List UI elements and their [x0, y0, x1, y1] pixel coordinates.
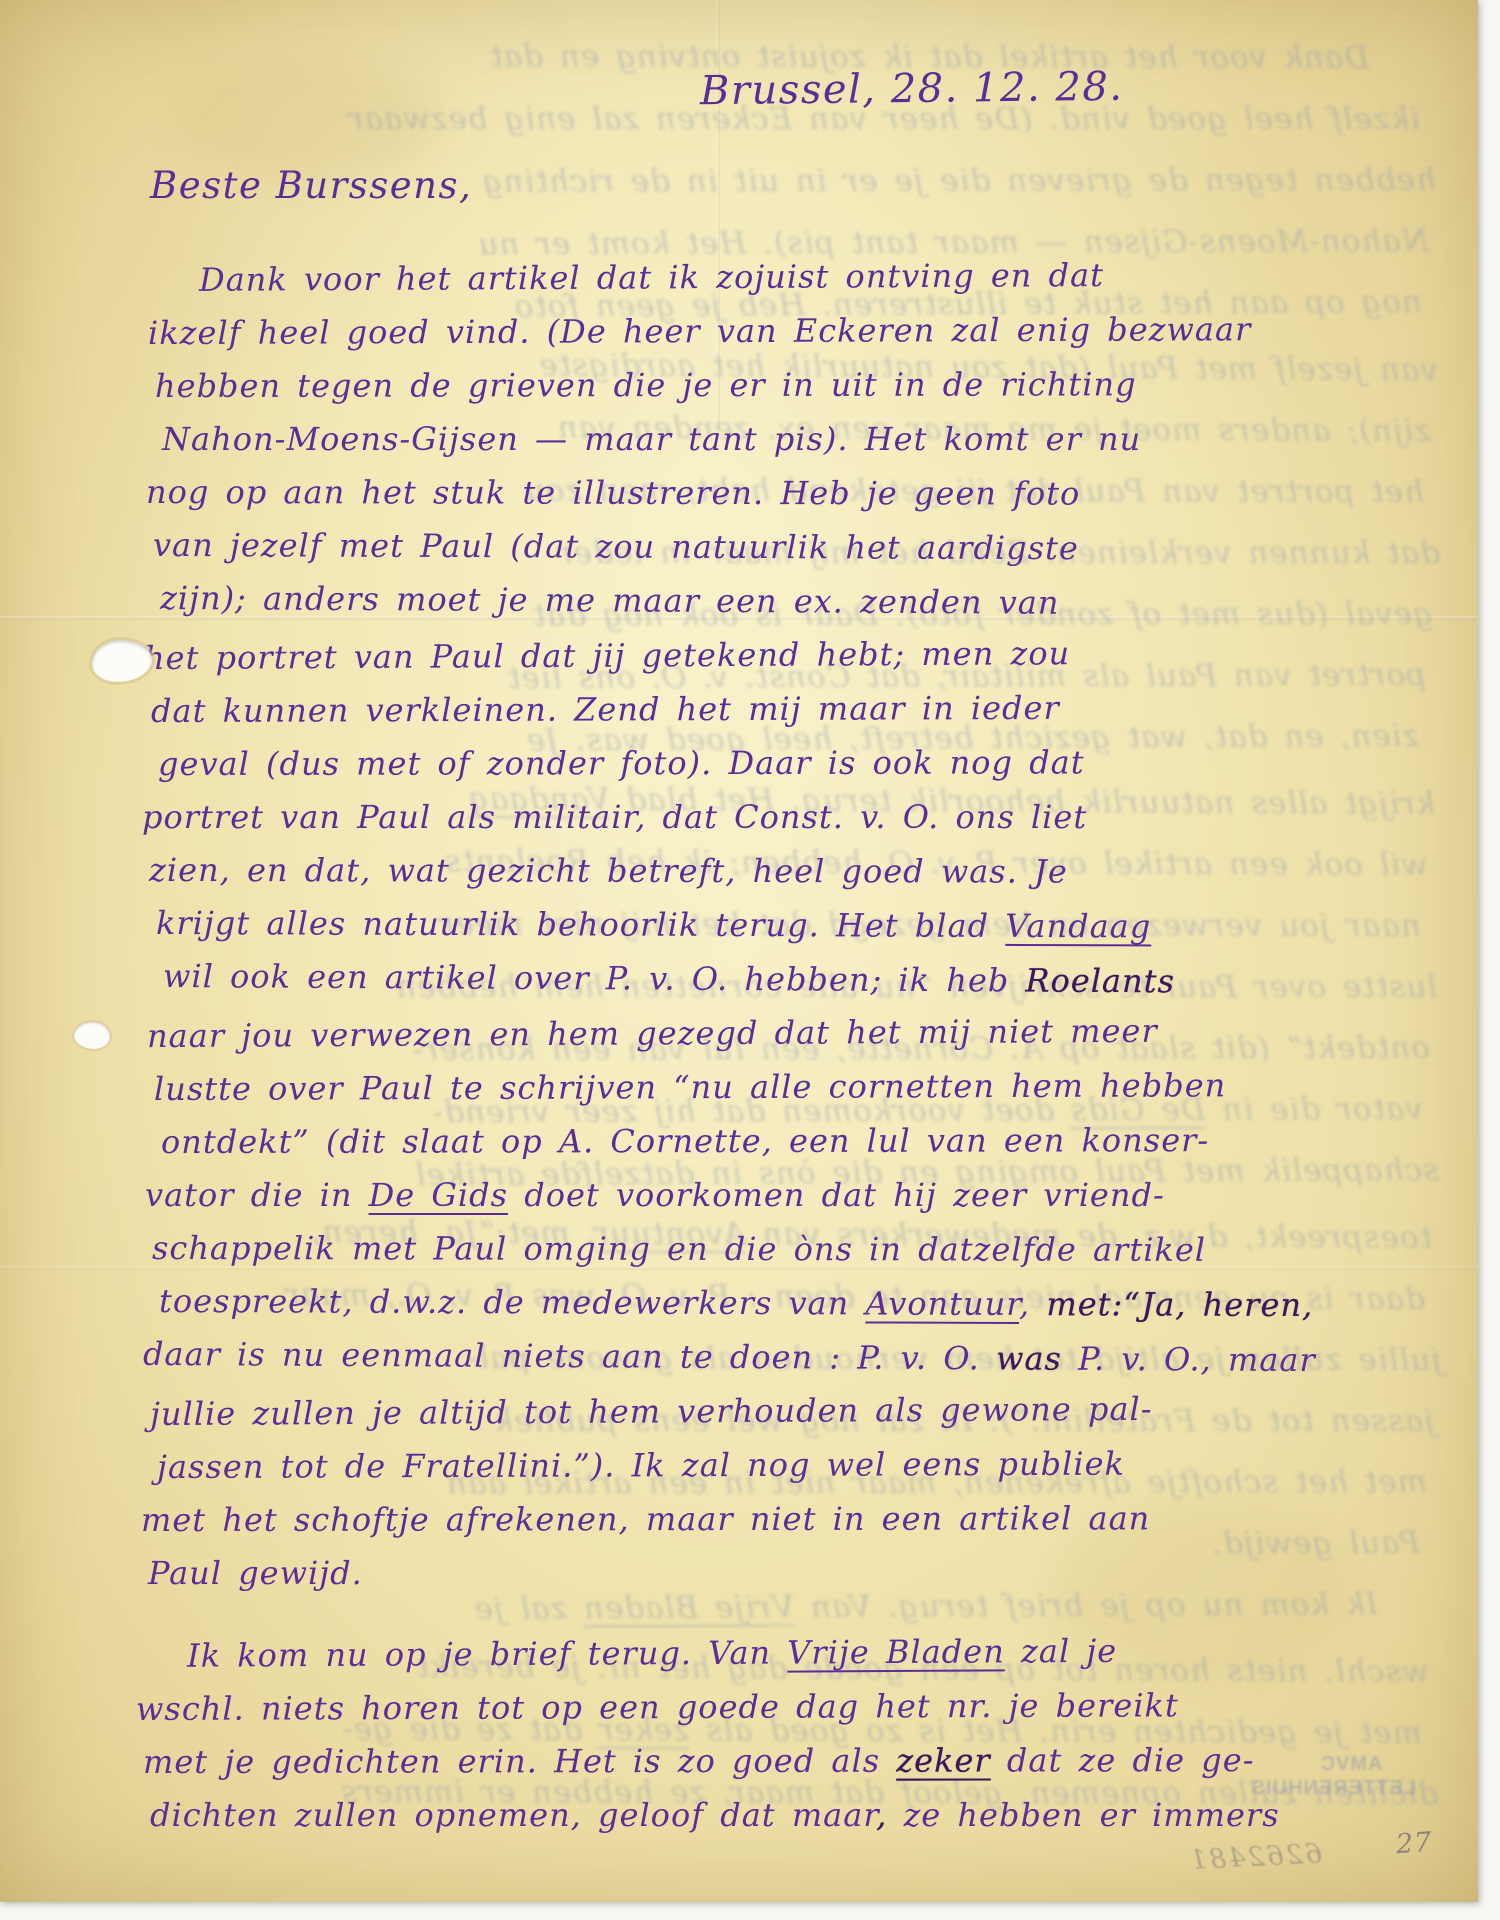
letter-line: geval (dus met of zonder foto). Daar is … — [158, 735, 1331, 791]
letter-line: van jezelf met Paul (dat zou natuurlik h… — [153, 518, 1326, 576]
letter-line: Paul gewijd. — [148, 1546, 1321, 1600]
letter-line-segment: P. v. O., maar — [1062, 1340, 1316, 1379]
paragraph-2: Ik kom nu op je brief terug. Van Vrije B… — [140, 1626, 1270, 1842]
letter-line: wschl. niets horen tot op een goede dag … — [136, 1678, 1266, 1736]
letter-line-segment: Dank voor het artikel dat ik zojuist ont… — [199, 256, 1104, 299]
letter-line: Ik kom nu op je brief terug. Van Vrije B… — [129, 1623, 1259, 1683]
letter-line-segment: zeker — [896, 1742, 990, 1780]
letter-line-segment: zien, en dat, wat gezicht betreft, heel … — [149, 851, 1068, 891]
letter-line: krijgt alles natuurlik behoorlik terug. … — [156, 896, 1329, 954]
letter-line-segment: was — [996, 1339, 1062, 1377]
letter-line-segment: Vandaag — [1005, 907, 1151, 946]
place-and-date: Brussel, 28. 12. 28. — [700, 64, 1124, 114]
letter-line-segment: Nahon-Moens-Gijsen — maar tant pis). Het… — [162, 420, 1141, 458]
letter-line-segment: met je gedichten erin. Het is zo goed al… — [143, 1742, 896, 1781]
letter-line: zien, en dat, wat gezicht betreft, heel … — [149, 843, 1322, 899]
letter-line-segment: ze hebben er immers — [887, 1796, 1279, 1834]
letter-line-segment: , — [876, 1796, 887, 1834]
letter-line-segment: Avontuur — [865, 1284, 1019, 1323]
letter-line-segment: krijgt alles natuurlik behoorlik terug. … — [156, 904, 1005, 945]
letter-line: dichten zullen opnemen, geloof dat maar,… — [150, 1788, 1280, 1842]
salutation: Beste Burssens, — [150, 164, 472, 207]
letter-line: het portret van Paul dat jij getekend he… — [144, 625, 1317, 685]
letter-line: met je gedichten erin. Het is zo goed al… — [143, 1733, 1273, 1789]
letter-line-segment: jassen tot de Fratellini.”). Ik zal nog … — [157, 1445, 1125, 1486]
punch-hole — [74, 1022, 110, 1049]
letter-line-segment: nog op aan het stuk te illustreren. Heb … — [146, 473, 1080, 513]
letter-line: ikzelf heel goed vind. (De heer van Ecke… — [148, 302, 1321, 360]
letter-line: vator die in De Gids doet voorkomen dat … — [145, 1168, 1318, 1222]
letter-line: Nahon-Moens-Gijsen — maar tant pis). Het… — [162, 412, 1335, 466]
letter-line-segment: ikzelf heel goed vind. (De heer van Ecke… — [148, 310, 1251, 352]
letter-line-segment: jullie zullen je altijd tot hem verhoude… — [150, 1390, 1153, 1433]
pencil-page-number: 27 — [1395, 1827, 1433, 1860]
letter-line-segment: dat kunnen verkleinen. Zend het mij maar… — [151, 689, 1060, 730]
letter-line-segment: Roelants — [1025, 962, 1175, 1001]
letter-line-segment: zijn); anders moet je me maar een ex. ze… — [160, 579, 1060, 622]
letter-line-segment: portret van Paul als militair, dat Const… — [142, 798, 1087, 836]
letter-line-segment: zal je — [1005, 1632, 1118, 1671]
letter-line-segment: De Gids — [369, 1176, 508, 1214]
letter-line: met het schoftje afrekenen, maar niet in… — [141, 1491, 1314, 1547]
letter-line-segment: dat ze die ge- — [991, 1741, 1255, 1779]
letter-line: jassen tot de Fratellini.”). Ik zal nog … — [157, 1436, 1330, 1494]
letter-line: nog op aan het stuk te illustreren. Heb … — [146, 465, 1319, 521]
letter-line: portret van Paul als militair, dat Const… — [142, 790, 1315, 844]
letter-line: jullie zullen je altijd tot hem verhoude… — [150, 1381, 1323, 1441]
letter-line-segment: met:“Ja, heren, — [1046, 1285, 1313, 1324]
scanned-letter-page: Dank voor het artikel dat ik zojuist ont… — [0, 0, 1500, 1920]
letter-text-layer: Brussel, 28. 12. 28. Beste Burssens, Dan… — [0, 0, 1500, 1920]
letter-line: naar jou verwezen en hem gezegd dat het … — [147, 1003, 1320, 1063]
letter-line-segment: met het schoftje afrekenen, maar niet in… — [141, 1499, 1150, 1539]
letter-line-segment: , — [1019, 1285, 1046, 1323]
letter-line-segment: hebben tegen de grieven die je er in uit… — [155, 365, 1137, 405]
letter-line-segment: ontdekt” (dit slaat op A. Cornette, een … — [161, 1121, 1209, 1161]
letter-line-segment: dichten zullen opnemen, geloof dat maar — [150, 1796, 876, 1834]
letter-line-segment: doet voorkomen dat hij zeer vriend- — [508, 1176, 1165, 1214]
letter-line-segment: Ik kom nu op je brief terug. Van — [187, 1634, 787, 1675]
letter-line: toespreekt, d.w.z. de medewerkers van Av… — [159, 1274, 1332, 1332]
letter-line-segment: naar jou verwezen en hem gezegd dat het … — [147, 1012, 1158, 1055]
letter-line: wil ook een artikel over P. v. O. hebben… — [163, 949, 1336, 1009]
letter-line: Dank voor het artikel dat ik zojuist ont… — [141, 247, 1314, 307]
paragraph-1: Dank voor het artikel dat ik zojuist ont… — [152, 250, 1325, 1600]
letter-line: lustte over Paul te schrijven “nu alle c… — [154, 1058, 1327, 1116]
letter-line-segment: vator die in — [145, 1176, 369, 1214]
letter-line-segment: toespreekt, d.w.z. de medewerkers van — [159, 1282, 866, 1322]
letter-line: daar is nu eenmaal niets aan te doen : P… — [143, 1327, 1316, 1387]
letter-line-segment: van jezelf met Paul (dat zou natuurlik h… — [153, 526, 1079, 567]
letter-line-segment: wschl. niets horen tot op een goede dag … — [136, 1686, 1179, 1728]
letter-line-segment: Paul gewijd. — [148, 1554, 363, 1592]
letter-line-segment: lustte over Paul te schrijven “nu alle c… — [154, 1066, 1226, 1108]
letter-line: hebben tegen de grieven die je er in uit… — [155, 357, 1328, 413]
letter-line: dat kunnen verkleinen. Zend het mij maar… — [151, 680, 1324, 738]
letter-line-segment: geval (dus met of zonder foto). Daar is … — [158, 743, 1085, 783]
letter-line-segment: het portret van Paul dat jij getekend he… — [144, 634, 1070, 677]
letter-line: zijn); anders moet je me maar een ex. ze… — [160, 571, 1333, 631]
letter-line: ontdekt” (dit slaat op A. Cornette, een … — [161, 1113, 1334, 1169]
letter-line-segment: daar is nu eenmaal niets aan te doen : P… — [143, 1335, 996, 1377]
letter-line: schappelik met Paul omging en die òns in… — [152, 1221, 1325, 1277]
letter-line-segment: wil ook een artikel over P. v. O. hebben… — [163, 957, 1026, 1000]
letter-line-segment: Vrije Bladen — [787, 1632, 1005, 1671]
letter-line-segment: schappelik met Paul omging en die òns in… — [152, 1229, 1206, 1269]
